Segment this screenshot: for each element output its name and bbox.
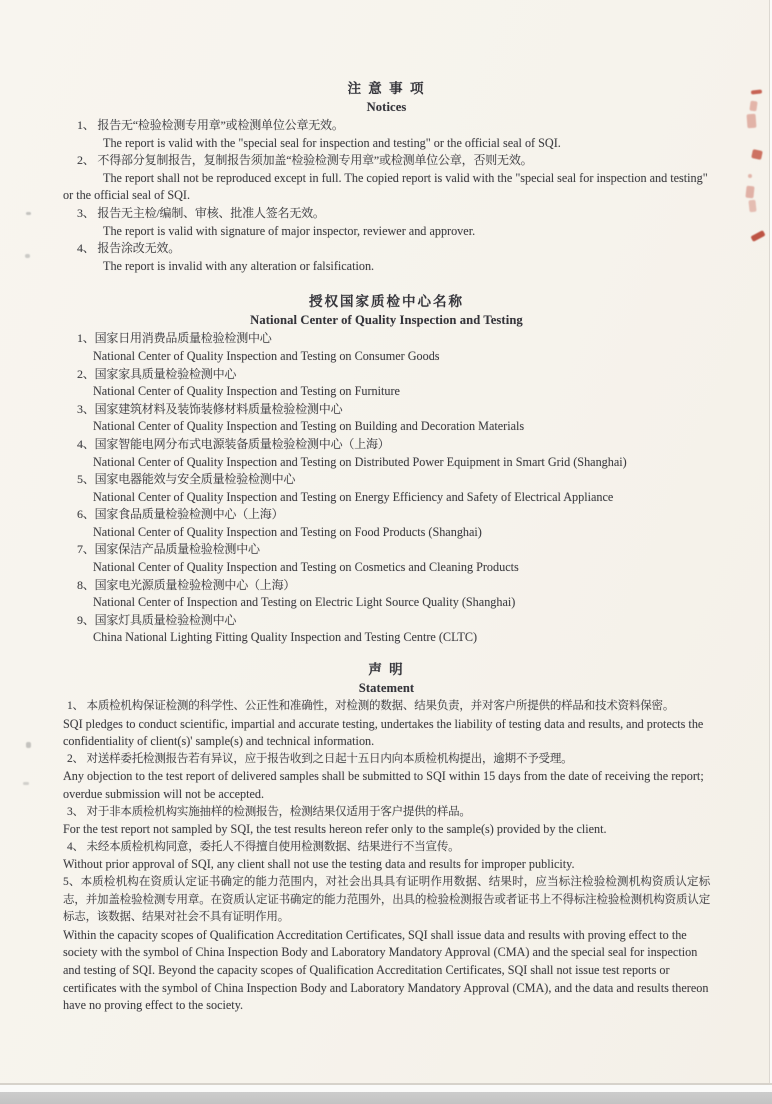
page-content: 注 意 事 项 Notices 1、 报告无“检验检测专用章”或检测单位公章无效… [0, 0, 772, 1015]
notices-title-en: Notices [63, 98, 710, 117]
notice-item: 2、 不得部分复制报告，复制报告须加盖“检验检测专用章”或检测单位公章，否则无效… [63, 152, 710, 205]
center-4-zh: 4、国家智能电网分布式电源装备质量检验检测中心（上海） [63, 436, 710, 454]
statement-2-zh: 2、 对送样委托检测报告若有异议，应于报告收到之日起十五日内向本质检机构提出，逾… [63, 751, 710, 769]
center-item: 6、国家食品质量检验检测中心（上海） National Center of Qu… [63, 506, 710, 541]
center-4-en: National Center of Quality Inspection an… [63, 454, 710, 472]
center-3-en: National Center of Quality Inspection an… [63, 418, 710, 436]
centers-title-zh: 授权国家质检中心名称 [63, 293, 710, 311]
center-6-zh: 6、国家食品质量检验检测中心（上海） [63, 506, 710, 524]
statement-item: 1、 本质检机构保证检测的科学性、公正性和准确性，对检测的数据、结果负责，并对客… [63, 698, 710, 751]
notice-item: 1、 报告无“检验检测专用章”或检测单位公章无效。 The report is … [63, 117, 710, 152]
statement-item: 5、本质检机构在资质认定证书确定的能力范围内，对社会出具具有证明作用数据、结果时… [63, 874, 710, 1015]
center-item: 1、国家日用消费品质量检验检测中心 National Center of Qua… [63, 330, 710, 365]
notice-4-zh: 4、 报告涂改无效。 [63, 240, 710, 258]
statement-item: 3、 对于非本质检机构实施抽样的检测报告，检测结果仅适用于客户提供的样品。 Fo… [63, 804, 710, 839]
center-item: 2、国家家具质量检验检测中心 National Center of Qualit… [63, 366, 710, 401]
statement-3-en: For the test report not sampled by SQI, … [63, 821, 710, 839]
center-item: 4、国家智能电网分布式电源装备质量检验检测中心（上海） National Cen… [63, 436, 710, 471]
statement-title-en: Statement [63, 679, 710, 698]
notice-3-zh: 3、 报告无主检/编制、审核、批准人签名无效。 [63, 205, 710, 223]
document-page: 注 意 事 项 Notices 1、 报告无“检验检测专用章”或检测单位公章无效… [0, 0, 772, 1104]
center-3-zh: 3、国家建筑材料及装饰装修材料质量检验检测中心 [63, 401, 710, 419]
center-7-en: National Center of Quality Inspection an… [63, 559, 710, 577]
center-9-en: China National Lighting Fitting Quality … [63, 629, 710, 647]
statement-2-en: Any objection to the test report of deli… [63, 768, 710, 803]
center-item: 3、国家建筑材料及装饰装修材料质量检验检测中心 National Center … [63, 401, 710, 436]
statement-4-en: Without prior approval of SQI, any clien… [63, 856, 710, 874]
statement-item: 2、 对送样委托检测报告若有异议，应于报告收到之日起十五日内向本质检机构提出，逾… [63, 751, 710, 804]
center-8-en: National Center of Inspection and Testin… [63, 594, 710, 612]
center-6-en: National Center of Quality Inspection an… [63, 524, 710, 542]
statement-1-zh: 1、 本质检机构保证检测的科学性、公正性和准确性，对检测的数据、结果负责，并对客… [63, 698, 710, 716]
statement-5-zh: 5、本质检机构在资质认定证书确定的能力范围内，对社会出具具有证明作用数据、结果时… [63, 874, 710, 927]
center-2-zh: 2、国家家具质量检验检测中心 [63, 366, 710, 384]
center-item: 7、国家保洁产品质量检验检测中心 National Center of Qual… [63, 541, 710, 576]
statement-5-en: Within the capacity scopes of Qualificat… [63, 927, 710, 1015]
notice-item: 3、 报告无主检/编制、审核、批准人签名无效。 The report is va… [63, 205, 710, 240]
statement-1-en: SQI pledges to conduct scientific, impar… [63, 716, 710, 751]
notice-2-en: The report shall not be reproduced excep… [63, 170, 710, 205]
scan-background [0, 1085, 772, 1092]
section-statement: 声 明 Statement 1、 本质检机构保证检测的科学性、公正性和准确性，对… [63, 661, 710, 1015]
center-2-en: National Center of Quality Inspection an… [63, 383, 710, 401]
statement-title-zh: 声 明 [63, 661, 710, 679]
notice-item: 4、 报告涂改无效。 The report is invalid with an… [63, 240, 710, 275]
center-item: 8、国家电光源质量检验检测中心（上海） National Center of I… [63, 577, 710, 612]
center-1-zh: 1、国家日用消费品质量检验检测中心 [63, 330, 710, 348]
statement-4-zh: 4、 未经本质检机构同意，委托人不得擅自使用检测数据、结果进行不当宣传。 [63, 839, 710, 857]
notice-1-zh: 1、 报告无“检验检测专用章”或检测单位公章无效。 [63, 117, 710, 135]
statement-3-zh: 3、 对于非本质检机构实施抽样的检测报告，检测结果仅适用于客户提供的样品。 [63, 804, 710, 822]
center-7-zh: 7、国家保洁产品质量检验检测中心 [63, 541, 710, 559]
scan-bottom-band [0, 1092, 772, 1104]
notice-4-en: The report is invalid with any alteratio… [63, 258, 710, 276]
notice-3-en: The report is valid with signature of ma… [63, 223, 710, 241]
centers-title-en: National Center of Quality Inspection an… [63, 311, 710, 330]
center-5-en: National Center of Quality Inspection an… [63, 489, 710, 507]
section-centers: 授权国家质检中心名称 National Center of Quality In… [63, 293, 710, 647]
center-1-en: National Center of Quality Inspection an… [63, 348, 710, 366]
center-9-zh: 9、国家灯具质量检验检测中心 [63, 612, 710, 630]
center-8-zh: 8、国家电光源质量检验检测中心（上海） [63, 577, 710, 595]
statement-item: 4、 未经本质检机构同意，委托人不得擅自使用检测数据、结果进行不当宣传。 Wit… [63, 839, 710, 874]
notices-title-zh: 注 意 事 项 [63, 80, 710, 98]
notice-1-en: The report is valid with the "special se… [63, 135, 710, 153]
section-notices: 注 意 事 项 Notices 1、 报告无“检验检测专用章”或检测单位公章无效… [63, 80, 710, 275]
notice-2-zh: 2、 不得部分复制报告，复制报告须加盖“检验检测专用章”或检测单位公章，否则无效… [63, 152, 710, 170]
center-item: 5、国家电器能效与安全质量检验检测中心 National Center of Q… [63, 471, 710, 506]
center-5-zh: 5、国家电器能效与安全质量检验检测中心 [63, 471, 710, 489]
center-item: 9、国家灯具质量检验检测中心 China National Lighting F… [63, 612, 710, 647]
